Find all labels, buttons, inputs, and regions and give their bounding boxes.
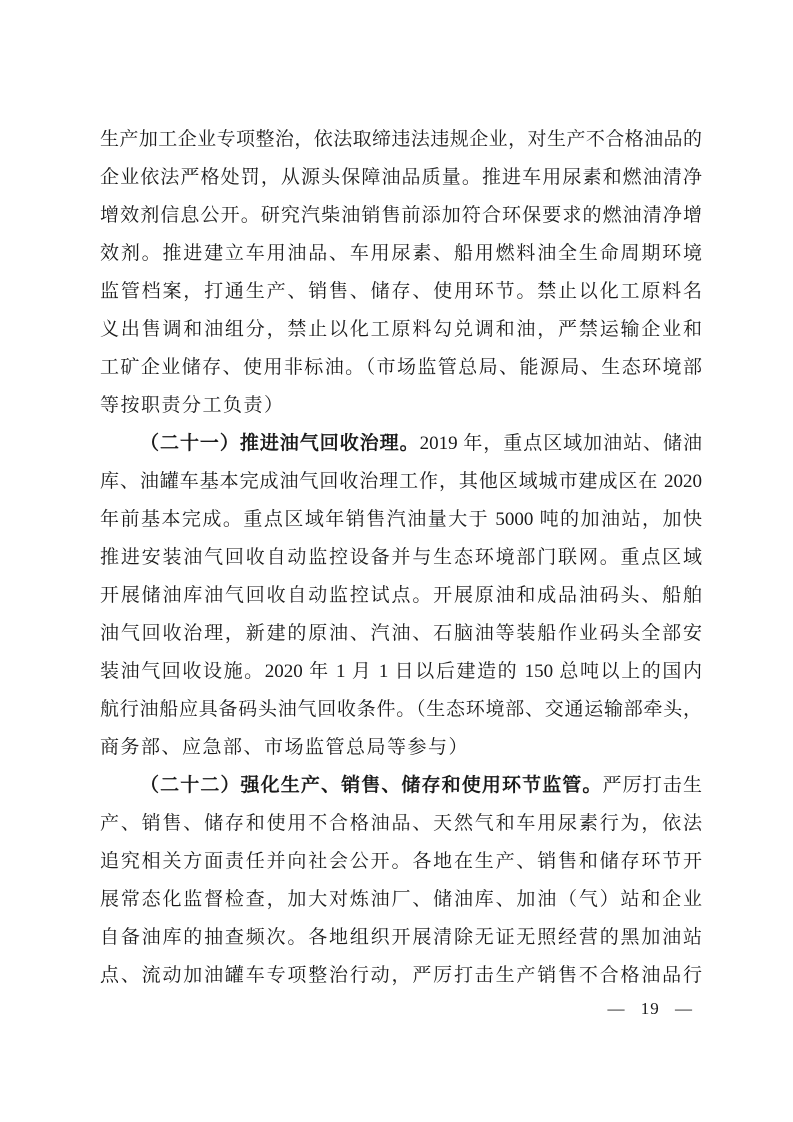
text-line: 监管档案，打通生产、销售、储存、使用环节。禁止以化工原料名 <box>100 273 702 311</box>
text-line: 生产加工企业专项整治，依法取缔违法违规企业，对生产不合格油品的 <box>100 121 702 159</box>
text-line: 增效剂信息公开。研究汽柴油销售前添加符合环保要求的燃油清净增 <box>100 197 702 235</box>
text-line: （二十二）强化生产、销售、储存和使用环节监管。严厉打击生 <box>100 767 702 805</box>
text-line: 义出售调和油组分，禁止以化工原料勾兑调和油，严禁运输企业和 <box>100 311 702 349</box>
section-21-heading: （二十一）推进油气回收治理。 <box>140 433 420 454</box>
section-22-heading: （二十二）强化生产、销售、储存和使用环节监管。 <box>140 775 603 796</box>
paragraph-continuation: 生产加工企业专项整治，依法取缔违法违规企业，对生产不合格油品的 企业依法严格处罚… <box>100 121 702 425</box>
text-line: 自备油库的抽查频次。各地组织开展清除无证无照经营的黑加油站 <box>100 919 702 957</box>
text-line: 商务部、应急部、市场监管总局等参与） <box>100 729 702 767</box>
text-line: 展常态化监督检查，加大对炼油厂、储油库、加油（气）站和企业 <box>100 881 702 919</box>
text-line: （二十一）推进油气回收治理。2019 年，重点区域加油站、储油 <box>100 425 702 463</box>
text-line: 产、销售、储存和使用不合格油品、天然气和车用尿素行为，依法 <box>100 805 702 843</box>
text-line: 点、流动加油罐车专项整治行动，严厉打击生产销售不合格油品行 <box>100 957 702 995</box>
document-page: 生产加工企业专项整治，依法取缔违法违规企业，对生产不合格油品的 企业依法严格处罚… <box>0 0 793 1122</box>
text-line: 油气回收治理，新建的原油、汽油、石脑油等装船作业码头全部安 <box>100 615 702 653</box>
paragraph-section-21: （二十一）推进油气回收治理。2019 年，重点区域加油站、储油 库、油罐车基本完… <box>100 425 702 767</box>
text-line: 开展储油库油气回收自动监控试点。开展原油和成品油码头、船舶 <box>100 577 702 615</box>
text-line: 推进安装油气回收自动监控设备并与生态环境部门联网。重点区域 <box>100 539 702 577</box>
paragraph-section-22: （二十二）强化生产、销售、储存和使用环节监管。严厉打击生 产、销售、储存和使用不… <box>100 767 702 995</box>
text-line: 企业依法严格处罚，从源头保障油品质量。推进车用尿素和燃油清净 <box>100 159 702 197</box>
section-22-first-line-text: 严厉打击生 <box>603 775 702 796</box>
text-line: 库、油罐车基本完成油气回收治理工作，其他区域城市建成区在 2020 <box>100 463 702 501</box>
text-line: 效剂。推进建立车用油品、车用尿素、船用燃料油全生命周期环境 <box>100 235 702 273</box>
section-21-first-line-text: 2019 年，重点区域加油站、储油 <box>420 433 702 454</box>
text-line: 工矿企业储存、使用非标油。（市场监管总局、能源局、生态环境部 <box>100 349 702 387</box>
text-line: 装油气回收设施。2020 年 1 月 1 日以后建造的 150 总吨以上的国内 <box>100 653 702 691</box>
text-line: 航行油船应具备码头油气回收条件。（生态环境部、交通运输部牵头， <box>100 691 702 729</box>
text-line: 等按职责分工负责） <box>100 387 702 425</box>
text-line: 年前基本完成。重点区域年销售汽油量大于 5000 吨的加油站，加快 <box>100 501 702 539</box>
page-number: — 19 — <box>608 998 694 1020</box>
text-line: 追究相关方面责任并向社会公开。各地在生产、销售和储存环节开 <box>100 843 702 881</box>
document-body: 生产加工企业专项整治，依法取缔违法违规企业，对生产不合格油品的 企业依法严格处罚… <box>100 121 702 995</box>
